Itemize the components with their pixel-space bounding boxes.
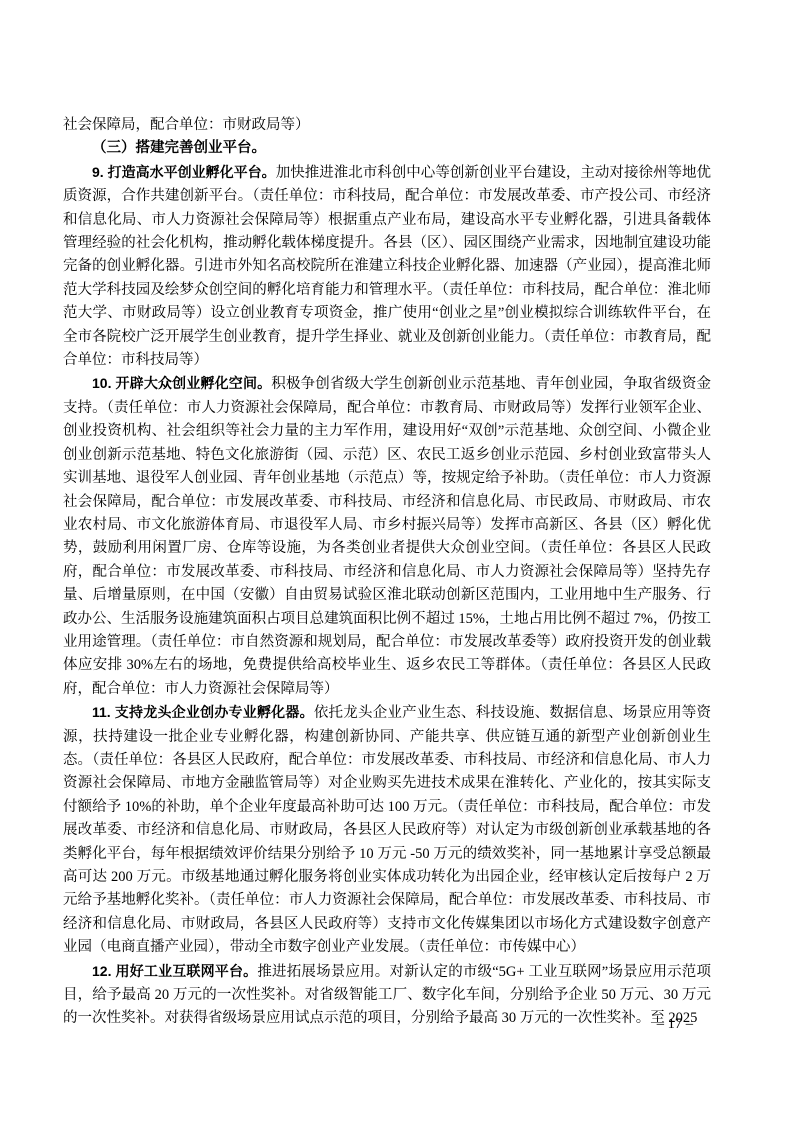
item-10-body: 积极争创省级大学生创新创业示范基地、青年创业园，争取省级资金支持。（责任单位：市… xyxy=(63,376,711,696)
item-9-body: 加快推进淮北市科创中心等创新创业平台建设，主动对接徐州等地优质资源，合作共建创新… xyxy=(63,165,711,368)
document-page: 社会保障局，配合单位：市财政局等） （三）搭建完善创业平台。 9. 打造高水平创… xyxy=(0,0,793,1122)
item-11-body: 依托龙头企业产业生态、科技设施、数据信息、场景应用等资源，扶持建设一批企业专业孵… xyxy=(63,705,711,955)
item-10-paragraph: 10. 开辟大众创业孵化空间。积极争创省级大学生创新创业示范基地、青年创业园，争… xyxy=(63,372,711,701)
item-12-title: 12. 用好工业互联网平台。 xyxy=(92,963,257,979)
section-heading-3: （三）搭建完善创业平台。 xyxy=(63,137,711,160)
item-12-paragraph: 12. 用好工业互联网平台。推进拓展场景应用。对新认定的市级“5G+ 工业互联网… xyxy=(63,960,711,1031)
item-9-paragraph: 9. 打造高水平创业孵化平台。加快推进淮北市科创中心等创新创业平台建设，主动对接… xyxy=(63,161,711,373)
document-body: 社会保障局，配合单位：市财政局等） （三）搭建完善创业平台。 9. 打造高水平创… xyxy=(63,114,711,1031)
item-11-paragraph: 11. 支持龙头企业创办专业孵化器。依托龙头企业产业生态、科技设施、数据信息、场… xyxy=(63,701,711,959)
paragraph-continuation: 社会保障局，配合单位：市财政局等） xyxy=(63,114,711,137)
item-10-title: 10. 开辟大众创业孵化空间。 xyxy=(92,375,271,391)
page-number: – 17 – xyxy=(657,1014,693,1034)
item-9-title: 9. 打造高水平创业孵化平台。 xyxy=(92,164,276,180)
item-11-title: 11. 支持龙头企业创办专业孵化器。 xyxy=(92,704,314,720)
